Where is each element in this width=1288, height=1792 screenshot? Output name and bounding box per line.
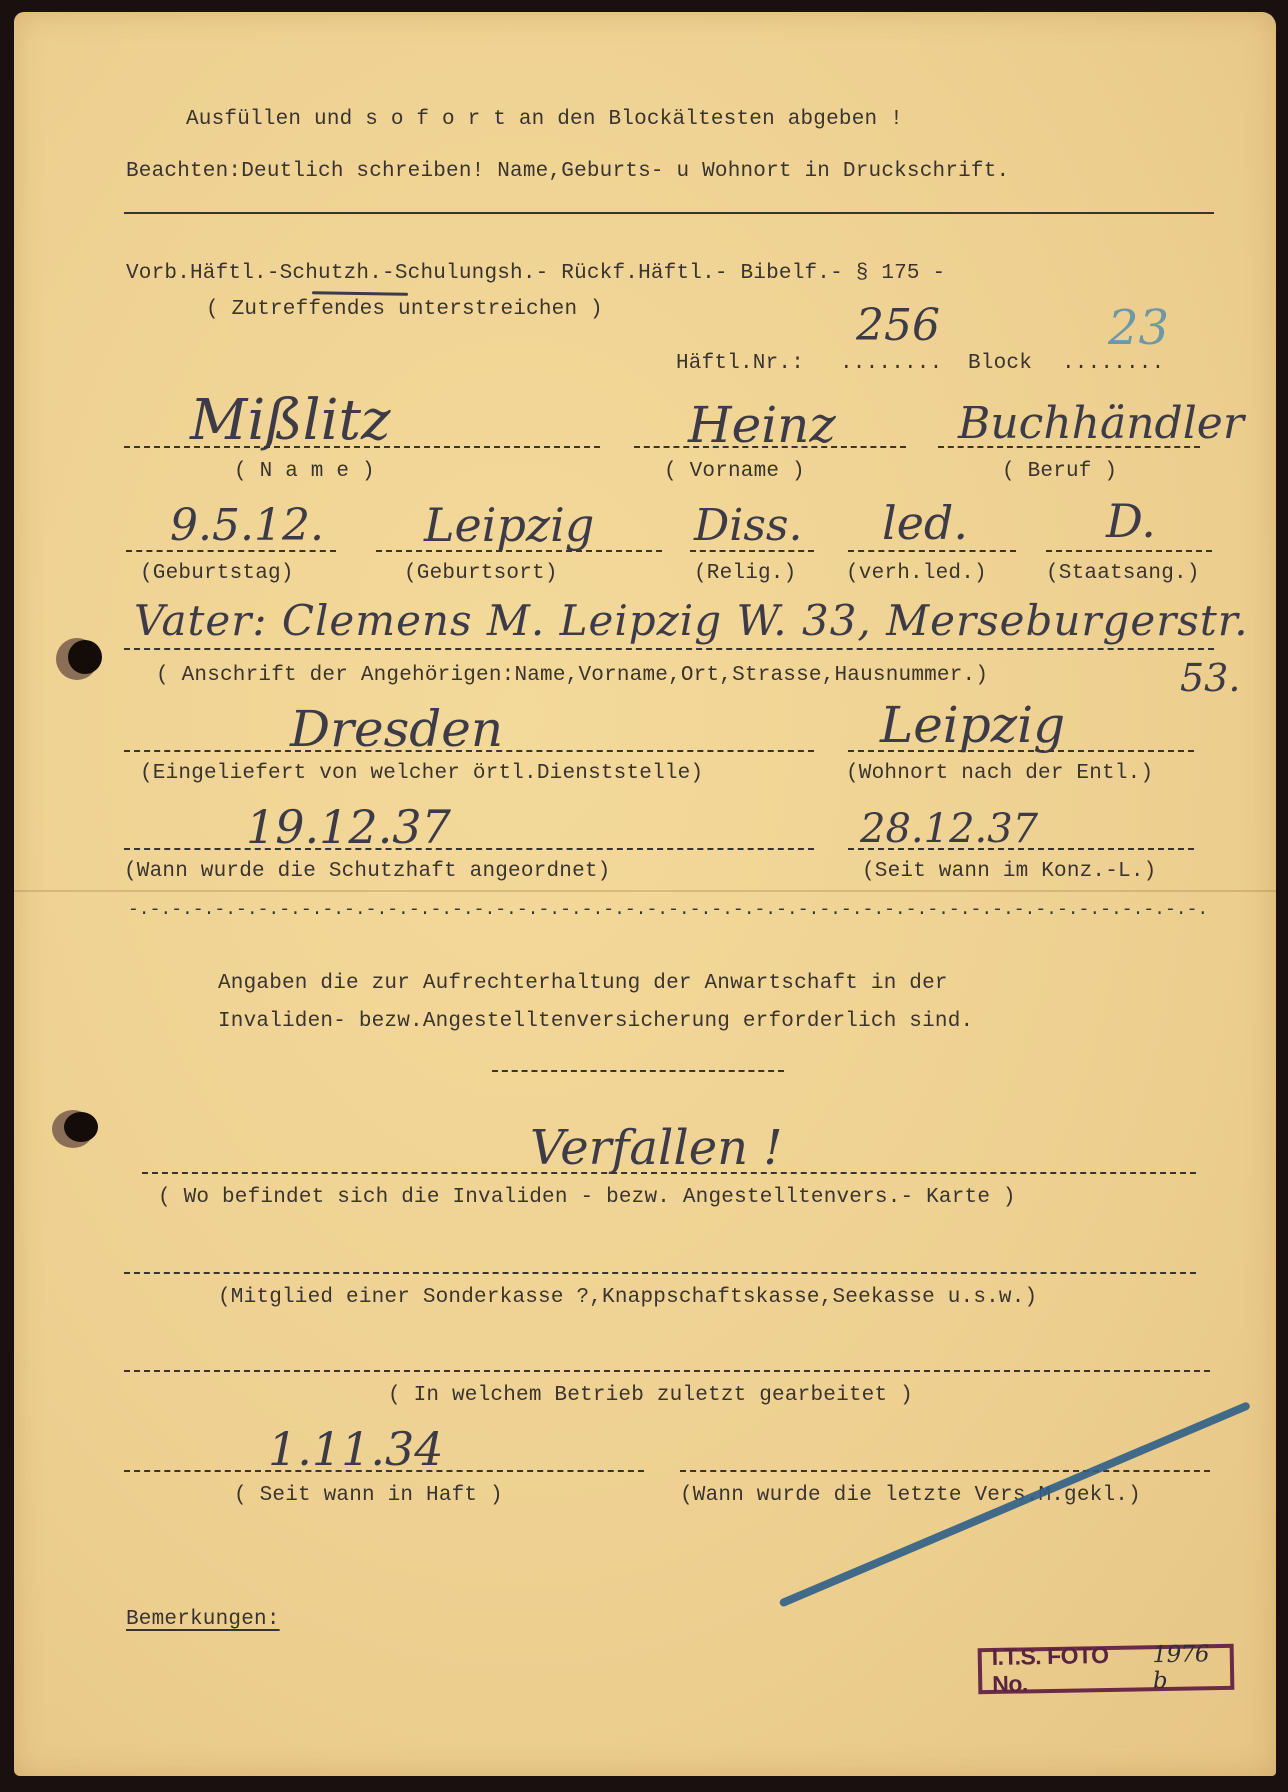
marital-status-label: (verh.led.) [846,562,987,585]
first-name-label: ( Vorname ) [664,460,805,483]
nationality-value: D. [1106,494,1156,548]
in-camp-since-value: 28.12.37 [860,806,1038,852]
relatives-house-number: 53. [1180,656,1240,700]
custody-ordered-label: (Wann wurde die Schutzhaft angeordnet) [124,860,610,883]
birth-place-line [376,550,662,552]
last-employer-line [124,1370,1210,1372]
insurance-heading-line1: Angaben die zur Aufrechterhaltung der An… [218,972,948,995]
relatives-address-label: ( Anschrift der Angehörigen:Name,Vorname… [156,664,988,687]
punch-hole-bottom [64,1112,98,1142]
name-line [124,446,600,448]
stamp-number: 1976 b [1152,1641,1230,1694]
insurance-heading-line2: Invaliden- bezw.Angestelltenversicherung… [218,1010,973,1033]
in-camp-since-label: (Seit wann im Konz.-L.) [862,860,1156,883]
relatives-address-line [124,648,1214,650]
last-insurance-stamp-label: (Wann wurde die letzte Vers.M.gekl.) [680,1484,1141,1507]
custody-ordered-value: 19.12.37 [246,800,451,854]
card-location-line [142,1172,1196,1174]
nationality-label: (Staatsang.) [1046,562,1200,585]
note-line: Beachten:Deutlich schreiben! Name,Geburt… [126,160,1009,183]
in-camp-since-line [848,848,1194,850]
birth-date-line [126,550,336,552]
name-label: ( N a m e ) [234,460,375,483]
residence-after-release-label: (Wohnort nach der Entl.) [846,762,1153,785]
religion-label: (Relig.) [694,562,796,585]
marital-status-value: led. [882,496,968,550]
card-location-value: Verfallen ! [530,1120,783,1176]
religion-value: Diss. [694,500,803,551]
punch-hole-top [68,640,102,674]
in-custody-since-label: ( Seit wann in Haft ) [234,1484,503,1507]
its-photo-stamp: I.T.S. FOTO No. 1976 b [978,1644,1235,1694]
delivered-by-label: (Eingeliefert von welcher örtl.Dienstste… [140,762,703,785]
occupation-label: ( Beruf ) [1002,460,1117,483]
stamp-text: I.T.S. FOTO No. [992,1641,1151,1698]
prisoner-number-label: Häftl.Nr.: [676,352,804,375]
marital-status-line [848,550,1016,552]
name-value: Mißlitz [190,388,390,453]
instruction-line: Ausfüllen und s o f o r t an den Blockäl… [186,108,903,131]
religion-line [690,550,814,552]
occupation-line [938,446,1200,448]
first-name-line [634,446,906,448]
block-label: Block [968,352,1032,375]
last-employer-label: ( In welchem Betrieb zuletzt gearbeitet … [388,1384,913,1407]
delivered-by-line [124,750,814,752]
birth-place-value: Leipzig [424,498,594,552]
card-location-label: ( Wo befindet sich die Invaliden - bezw.… [158,1186,1016,1209]
special-fund-line [124,1272,1196,1274]
insurance-heading-rule [492,1070,784,1072]
custody-ordered-line [124,848,814,850]
birth-date-label: (Geburtstag) [140,562,294,585]
section-separator: -.-.-.-.-.-.-.-.-.-.-.-.-.-.-.-.-.-.-.-.… [128,900,1208,920]
occupation-value: Buchhändler [958,398,1244,449]
prisoner-number-value: 256 [856,300,940,351]
relatives-address-value: Vater: Clemens M. Leipzig W. 33, Mersebu… [134,596,1249,645]
prisoner-number-dots: ........ [840,352,942,375]
residence-after-release-line [848,750,1194,752]
last-insurance-stamp-line [680,1470,1210,1472]
header-divider [124,212,1214,214]
in-custody-since-line [124,1470,644,1472]
in-custody-since-value: 1.11.34 [268,1422,444,1476]
special-fund-label: (Mitglied einer Sonderkasse ?,Knappschaf… [218,1286,1037,1309]
birth-date-value: 9.5.12. [170,500,324,551]
birth-place-label: (Geburtsort) [404,562,558,585]
category-options: Vorb.Häftl.-Schutzh.-Schulungsh.- Rückf.… [126,262,945,285]
category-hint: ( Zutreffendes unterstreichen ) [206,298,603,321]
block-value: 23 [1108,300,1169,356]
residence-after-release-value: Leipzig [880,696,1065,754]
remarks-label: Bemerkungen: [126,1608,280,1631]
nationality-line [1046,550,1212,552]
paper-fold-crease [14,890,1276,892]
